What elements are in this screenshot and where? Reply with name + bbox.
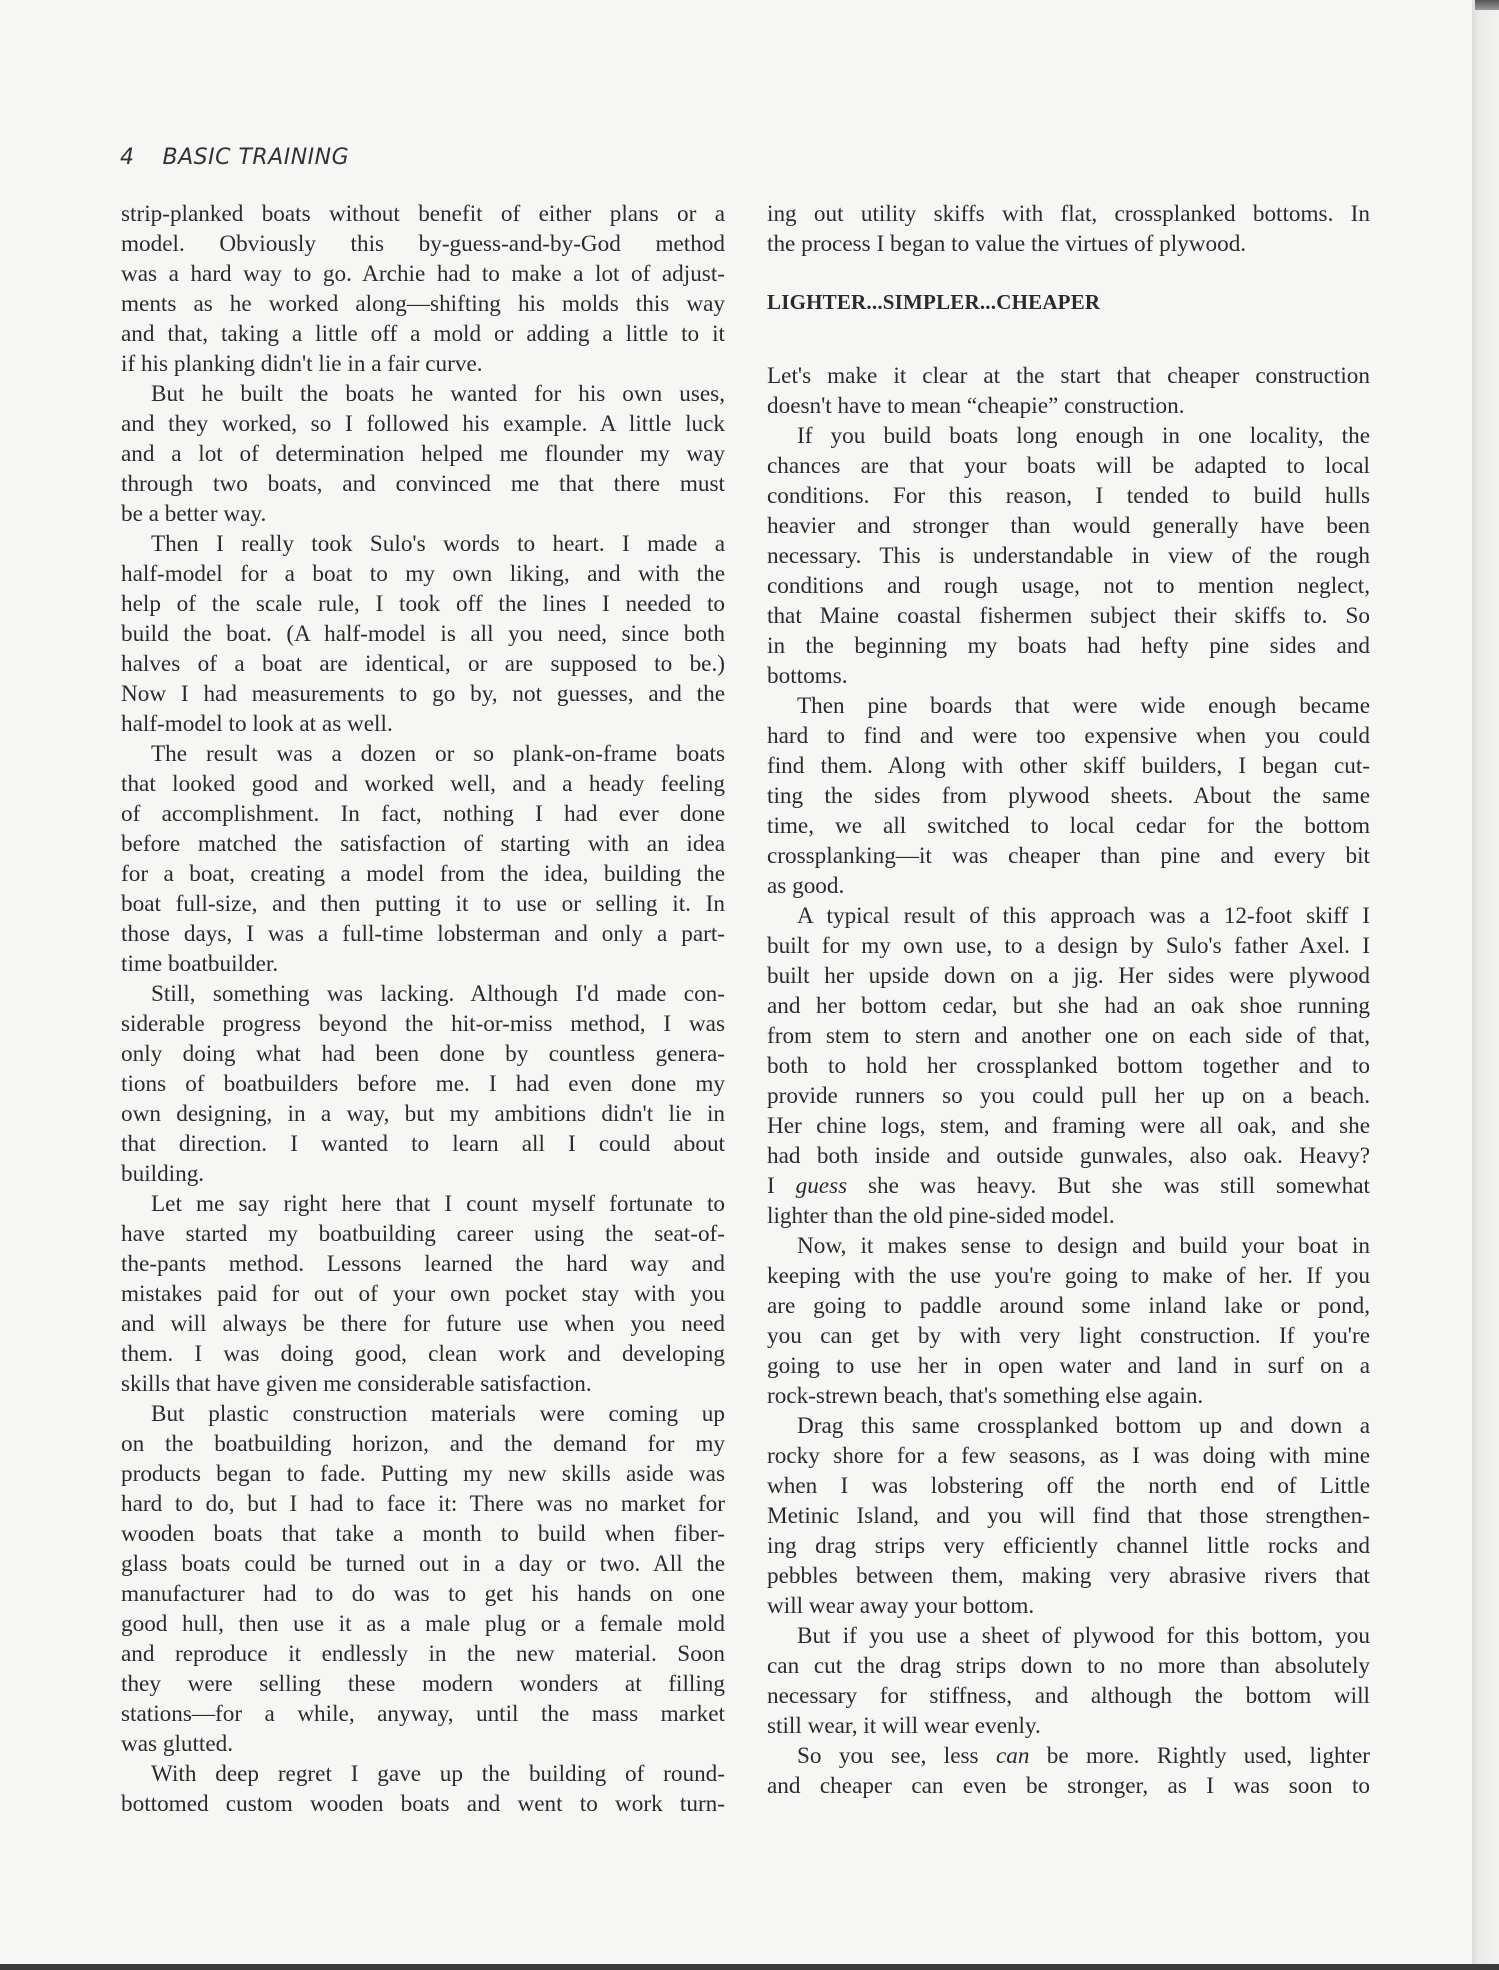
text-line: built her upside down on a jig. Her side… (767, 961, 1370, 991)
text-line: necessary. This is understandable in vie… (767, 541, 1370, 571)
text-line: time boatbuilder. (121, 949, 725, 979)
text-line: if his planking didn't lie in a fair cur… (121, 349, 725, 379)
text-line: Still, something was lacking. Although I… (121, 979, 725, 1009)
text-line: But he built the boats he wanted for his… (121, 379, 725, 409)
text-line: pebbles between them, making very abrasi… (767, 1561, 1370, 1591)
text-line: So you see, less can be more. Rightly us… (767, 1741, 1370, 1771)
text-line: through two boats, and convinced me that… (121, 469, 725, 499)
text-line: Then pine boards that were wide enough b… (767, 691, 1370, 721)
text-line: they were selling these modern wonders a… (121, 1669, 725, 1699)
text-line: keeping with the use you're going to mak… (767, 1261, 1370, 1291)
text-line: help of the scale rule, I took off the l… (121, 589, 725, 619)
text-line: Let's make it clear at the start that ch… (767, 361, 1370, 391)
text-line: bottomed custom wooden boats and went to… (121, 1789, 725, 1819)
text-line: ing out utility skiffs with flat, crossp… (767, 199, 1370, 229)
text-line: rock-strewn beach, that's something else… (767, 1381, 1370, 1411)
text-line: on the boatbuilding horizon, and the dem… (121, 1429, 725, 1459)
text-line: the process I began to value the virtues… (767, 229, 1370, 259)
text-line: ting the sides from plywood sheets. Abou… (767, 781, 1370, 811)
text-line: and that, taking a little off a mold or … (121, 319, 725, 349)
page-edge-bottom-shadow (0, 1964, 1499, 1970)
text-line: when I was lobstering off the north end … (767, 1471, 1370, 1501)
text-line: building. (121, 1159, 725, 1189)
text-line: model. Obviously this by-guess-and-by-Go… (121, 229, 725, 259)
text-line: and her bottom cedar, but she had an oak… (767, 991, 1370, 1021)
text-line: Metinic Island, and you will find that t… (767, 1501, 1370, 1531)
text-line: was glutted. (121, 1729, 725, 1759)
text-line: Drag this same crossplanked bottom up an… (767, 1411, 1370, 1441)
text-line: I guess she was heavy. But she was still… (767, 1171, 1370, 1201)
text-line: conditions and rough usage, not to menti… (767, 571, 1370, 601)
left-column: strip-planked boats without benefit of e… (121, 199, 725, 1819)
text-line: of accomplishment. In fact, nothing I ha… (121, 799, 725, 829)
text-line: can cut the drag strips down to no more … (767, 1651, 1370, 1681)
running-header: 4 BASIC TRAINING (120, 145, 349, 170)
text-line: heavier and stronger than would generall… (767, 511, 1370, 541)
text-line: are going to paddle around some inland l… (767, 1291, 1370, 1321)
text-line: bottoms. (767, 661, 1370, 691)
text-line: was a hard way to go. Archie had to make… (121, 259, 725, 289)
text-line: lighter than the old pine-sided model. (767, 1201, 1370, 1231)
book-page: 4 BASIC TRAINING strip-planked boats wit… (0, 0, 1472, 1970)
text-line: provide runners so you could pull her up… (767, 1081, 1370, 1111)
text-line: Now, it makes sense to design and build … (767, 1231, 1370, 1261)
text-line: going to use her in open water and land … (767, 1351, 1370, 1381)
text-line: hard to do, but I had to face it: There … (121, 1489, 725, 1519)
text-line: hard to find and were too expensive when… (767, 721, 1370, 751)
text-line: have started my boatbuilding career usin… (121, 1219, 725, 1249)
text-line: stations—for a while, anyway, until the … (121, 1699, 725, 1729)
text-line: doesn't have to mean “cheapie” construct… (767, 391, 1370, 421)
text-line: you can get by with very light construct… (767, 1321, 1370, 1351)
text-line: products began to fade. Putting my new s… (121, 1459, 725, 1489)
text-line: wooden boats that take a month to build … (121, 1519, 725, 1549)
text-line: But if you use a sheet of plywood for th… (767, 1621, 1370, 1651)
text-line: crossplanking—it was cheaper than pine a… (767, 841, 1370, 871)
text-line: tions of boatbuilders before me. I had e… (121, 1069, 725, 1099)
text-line: built for my own use, to a design by Sul… (767, 931, 1370, 961)
text-line: time, we all switched to local cedar for… (767, 811, 1370, 841)
text-line: Her chine logs, stem, and framing were a… (767, 1111, 1370, 1141)
text-line: manufacturer had to do was to get his ha… (121, 1579, 725, 1609)
text-line: Then I really took Sulo's words to heart… (121, 529, 725, 559)
text-line: and reproduce it endlessly in the new ma… (121, 1639, 725, 1669)
text-line: them. I was doing good, clean work and d… (121, 1339, 725, 1369)
text-line: ments as he worked along—shifting his mo… (121, 289, 725, 319)
text-line: own designing, in a way, but my ambition… (121, 1099, 725, 1129)
text-line: necessary for stiffness, and although th… (767, 1681, 1370, 1711)
text-line: both to hold her crossplanked bottom tog… (767, 1051, 1370, 1081)
text-line: in the beginning my boats had hefty pine… (767, 631, 1370, 661)
text-line: glass boats could be turned out in a day… (121, 1549, 725, 1579)
text-line: build the boat. (A half-model is all you… (121, 619, 725, 649)
page-number: 4 (120, 145, 135, 170)
right-column-before-heading: ing out utility skiffs with flat, crossp… (767, 199, 1370, 259)
text-line: Now I had measurements to go by, not gue… (121, 679, 725, 709)
text-line: the-pants method. Lessons learned the ha… (121, 1249, 725, 1279)
text-line: be a better way. (121, 499, 725, 529)
text-line: skills that have given me considerable s… (121, 1369, 725, 1399)
running-title: BASIC TRAINING (163, 145, 350, 170)
text-line: half-model for a boat to my own liking, … (121, 559, 725, 589)
right-column: ing out utility skiffs with flat, crossp… (767, 199, 1370, 1801)
section-heading: LIGHTER...SIMPLER...CHEAPER (767, 287, 1370, 317)
text-line: find them. Along with other skiff builde… (767, 751, 1370, 781)
text-line: siderable progress beyond the hit-or-mis… (121, 1009, 725, 1039)
text-line: half-model to look at as well. (121, 709, 725, 739)
right-column-after-heading: Let's make it clear at the start that ch… (767, 361, 1370, 1801)
text-line: A typical result of this approach was a … (767, 901, 1370, 931)
page-edge-shadow (1472, 0, 1499, 1970)
text-line: ing drag strips very efficiently channel… (767, 1531, 1370, 1561)
text-line: Let me say right here that I count mysel… (121, 1189, 725, 1219)
text-line: good hull, then use it as a male plug or… (121, 1609, 725, 1639)
text-line: halves of a boat are identical, or are s… (121, 649, 725, 679)
text-line: strip-planked boats without benefit of e… (121, 199, 725, 229)
text-line: and cheaper can even be stronger, as I w… (767, 1771, 1370, 1801)
text-line: those days, I was a full-time lobsterman… (121, 919, 725, 949)
text-line: But plastic construction materials were … (121, 1399, 725, 1429)
text-line: that looked good and worked well, and a … (121, 769, 725, 799)
text-line: boat full-size, and then putting it to u… (121, 889, 725, 919)
text-line: mistakes paid for out of your own pocket… (121, 1279, 725, 1309)
text-line: as good. (767, 871, 1370, 901)
text-line: only doing what had been done by countle… (121, 1039, 725, 1069)
text-line: will wear away your bottom. (767, 1591, 1370, 1621)
text-line: that Maine coastal fishermen subject the… (767, 601, 1370, 631)
text-line: for a boat, creating a model from the id… (121, 859, 725, 889)
text-line: and a lot of determination helped me flo… (121, 439, 725, 469)
text-line: The result was a dozen or so plank-on-fr… (121, 739, 725, 769)
text-line: had both inside and outside gunwales, al… (767, 1141, 1370, 1171)
text-line: If you build boats long enough in one lo… (767, 421, 1370, 451)
text-line: rocky shore for a few seasons, as I was … (767, 1441, 1370, 1471)
text-line: before matched the satisfaction of start… (121, 829, 725, 859)
text-line: from stem to stern and another one on ea… (767, 1021, 1370, 1051)
text-line: chances are that your boats will be adap… (767, 451, 1370, 481)
page-edge-top-shadow (1475, 0, 1499, 10)
text-line: that direction. I wanted to learn all I … (121, 1129, 725, 1159)
text-line: conditions. For this reason, I tended to… (767, 481, 1370, 511)
text-line: With deep regret I gave up the building … (121, 1759, 725, 1789)
text-line: and will always be there for future use … (121, 1309, 725, 1339)
text-line: still wear, it will wear evenly. (767, 1711, 1370, 1741)
text-line: and they worked, so I followed his examp… (121, 409, 725, 439)
